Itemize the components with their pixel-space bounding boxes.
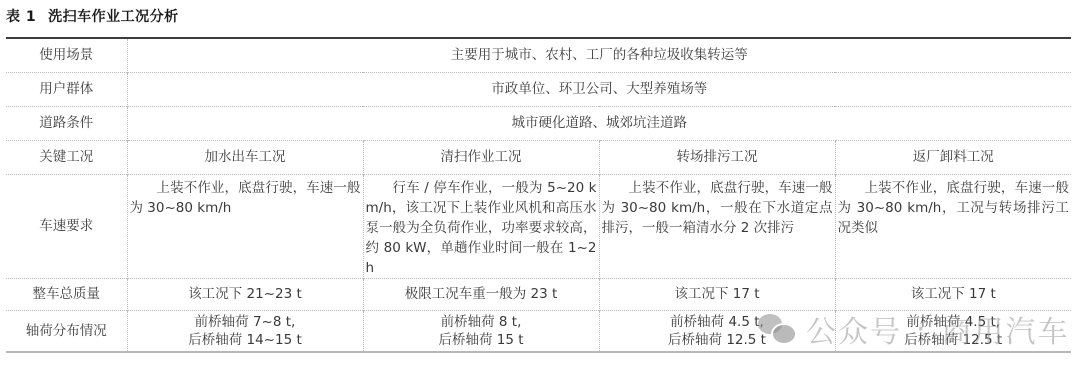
- axle-cell: 前桥轴荷 8 t, 后桥轴荷 15 t: [363, 310, 599, 352]
- condition-header: 加水出车工况: [127, 140, 363, 174]
- row-label: 车速要求: [6, 174, 127, 278]
- mass-cell: 该工况下 21~23 t: [127, 278, 363, 310]
- table-row-users: 用户群体 市政单位、环卫公司、大型养殖场等: [6, 72, 1071, 106]
- mass-cell: 该工况下 17 t: [599, 278, 835, 310]
- rear-axle-load: 后桥轴荷 14~15 t: [130, 331, 361, 349]
- table-row-road: 道路条件 城市硬化道路、城郊坑洼道路: [6, 106, 1071, 140]
- table-row-mass: 整车总质量 该工况下 21~23 t 极限工况车重一般为 23 t 该工况下 1…: [6, 278, 1071, 310]
- row-label: 道路条件: [6, 106, 127, 140]
- row-label: 整车总质量: [6, 278, 127, 310]
- row-label: 使用场景: [6, 38, 127, 72]
- scenario-value: 主要用于城市、农村、工厂的各种垃圾收集转运等: [127, 38, 1071, 72]
- table-row-axle: 轴荷分布情况 前桥轴荷 7~8 t, 后桥轴荷 14~15 t 前桥轴荷 8 t…: [6, 310, 1071, 352]
- axle-cell: 前桥轴荷 4.5 t, 后桥轴荷 12.5 t: [599, 310, 835, 352]
- front-axle-load: 前桥轴荷 4.5 t,: [602, 313, 833, 331]
- mass-cell: 极限工况车重一般为 23 t: [363, 278, 599, 310]
- road-value: 城市硬化道路、城郊坑洼道路: [127, 106, 1071, 140]
- table-number: 表 1: [6, 9, 36, 25]
- rear-axle-load: 后桥轴荷 15 t: [366, 331, 597, 349]
- mass-cell: 该工况下 17 t: [835, 278, 1071, 310]
- speed-cell: 行车 / 停车作业，一般为 5~20 km/h，该工况下上装作业风机和高压水泵一…: [363, 174, 599, 278]
- front-axle-load: 前桥轴荷 7~8 t,: [130, 313, 361, 331]
- condition-header: 返厂卸料工况: [835, 140, 1071, 174]
- speed-cell: 上装不作业，底盘行驶，车速一般为 30~80 km/h: [127, 174, 363, 278]
- axle-cell: 前桥轴荷 4.5 t, 后桥轴荷 12.5 t: [835, 310, 1071, 352]
- row-label: 用户群体: [6, 72, 127, 106]
- condition-header: 转场排污工况: [599, 140, 835, 174]
- axle-cell: 前桥轴荷 7~8 t, 后桥轴荷 14~15 t: [127, 310, 363, 352]
- rear-axle-load: 后桥轴荷 12.5 t: [838, 331, 1070, 349]
- table-title: 洗扫车作业工况分析: [48, 9, 179, 25]
- table-row-conditions: 关键工况 加水出车工况 清扫作业工况 转场排污工况 返厂卸料工况: [6, 140, 1071, 174]
- front-axle-load: 前桥轴荷 4.5 t,: [838, 313, 1070, 331]
- users-value: 市政单位、环卫公司、大型养殖场等: [127, 72, 1071, 106]
- speed-cell: 上装不作业，底盘行驶，车速一般为 30~80 km/h，工况与转场排污工况类似: [835, 174, 1071, 278]
- table-row-scenario: 使用场景 主要用于城市、农村、工厂的各种垃圾收集转运等: [6, 38, 1071, 72]
- operating-conditions-table: 使用场景 主要用于城市、农村、工厂的各种垃圾收集转运等 用户群体 市政单位、环卫…: [6, 37, 1071, 353]
- condition-header: 清扫作业工况: [363, 140, 599, 174]
- speed-cell: 上装不作业，底盘行驶，车速一般为 30~80 km/h，一般在下水道定点排污，一…: [599, 174, 835, 278]
- table-caption: 表 1洗扫车作业工况分析: [6, 6, 179, 26]
- row-label: 关键工况: [6, 140, 127, 174]
- table-row-speed: 车速要求 上装不作业，底盘行驶，车速一般为 30~80 km/h 行车 / 停车…: [6, 174, 1071, 278]
- rear-axle-load: 后桥轴荷 12.5 t: [602, 331, 833, 349]
- front-axle-load: 前桥轴荷 8 t,: [366, 313, 597, 331]
- row-label: 轴荷分布情况: [6, 310, 127, 352]
